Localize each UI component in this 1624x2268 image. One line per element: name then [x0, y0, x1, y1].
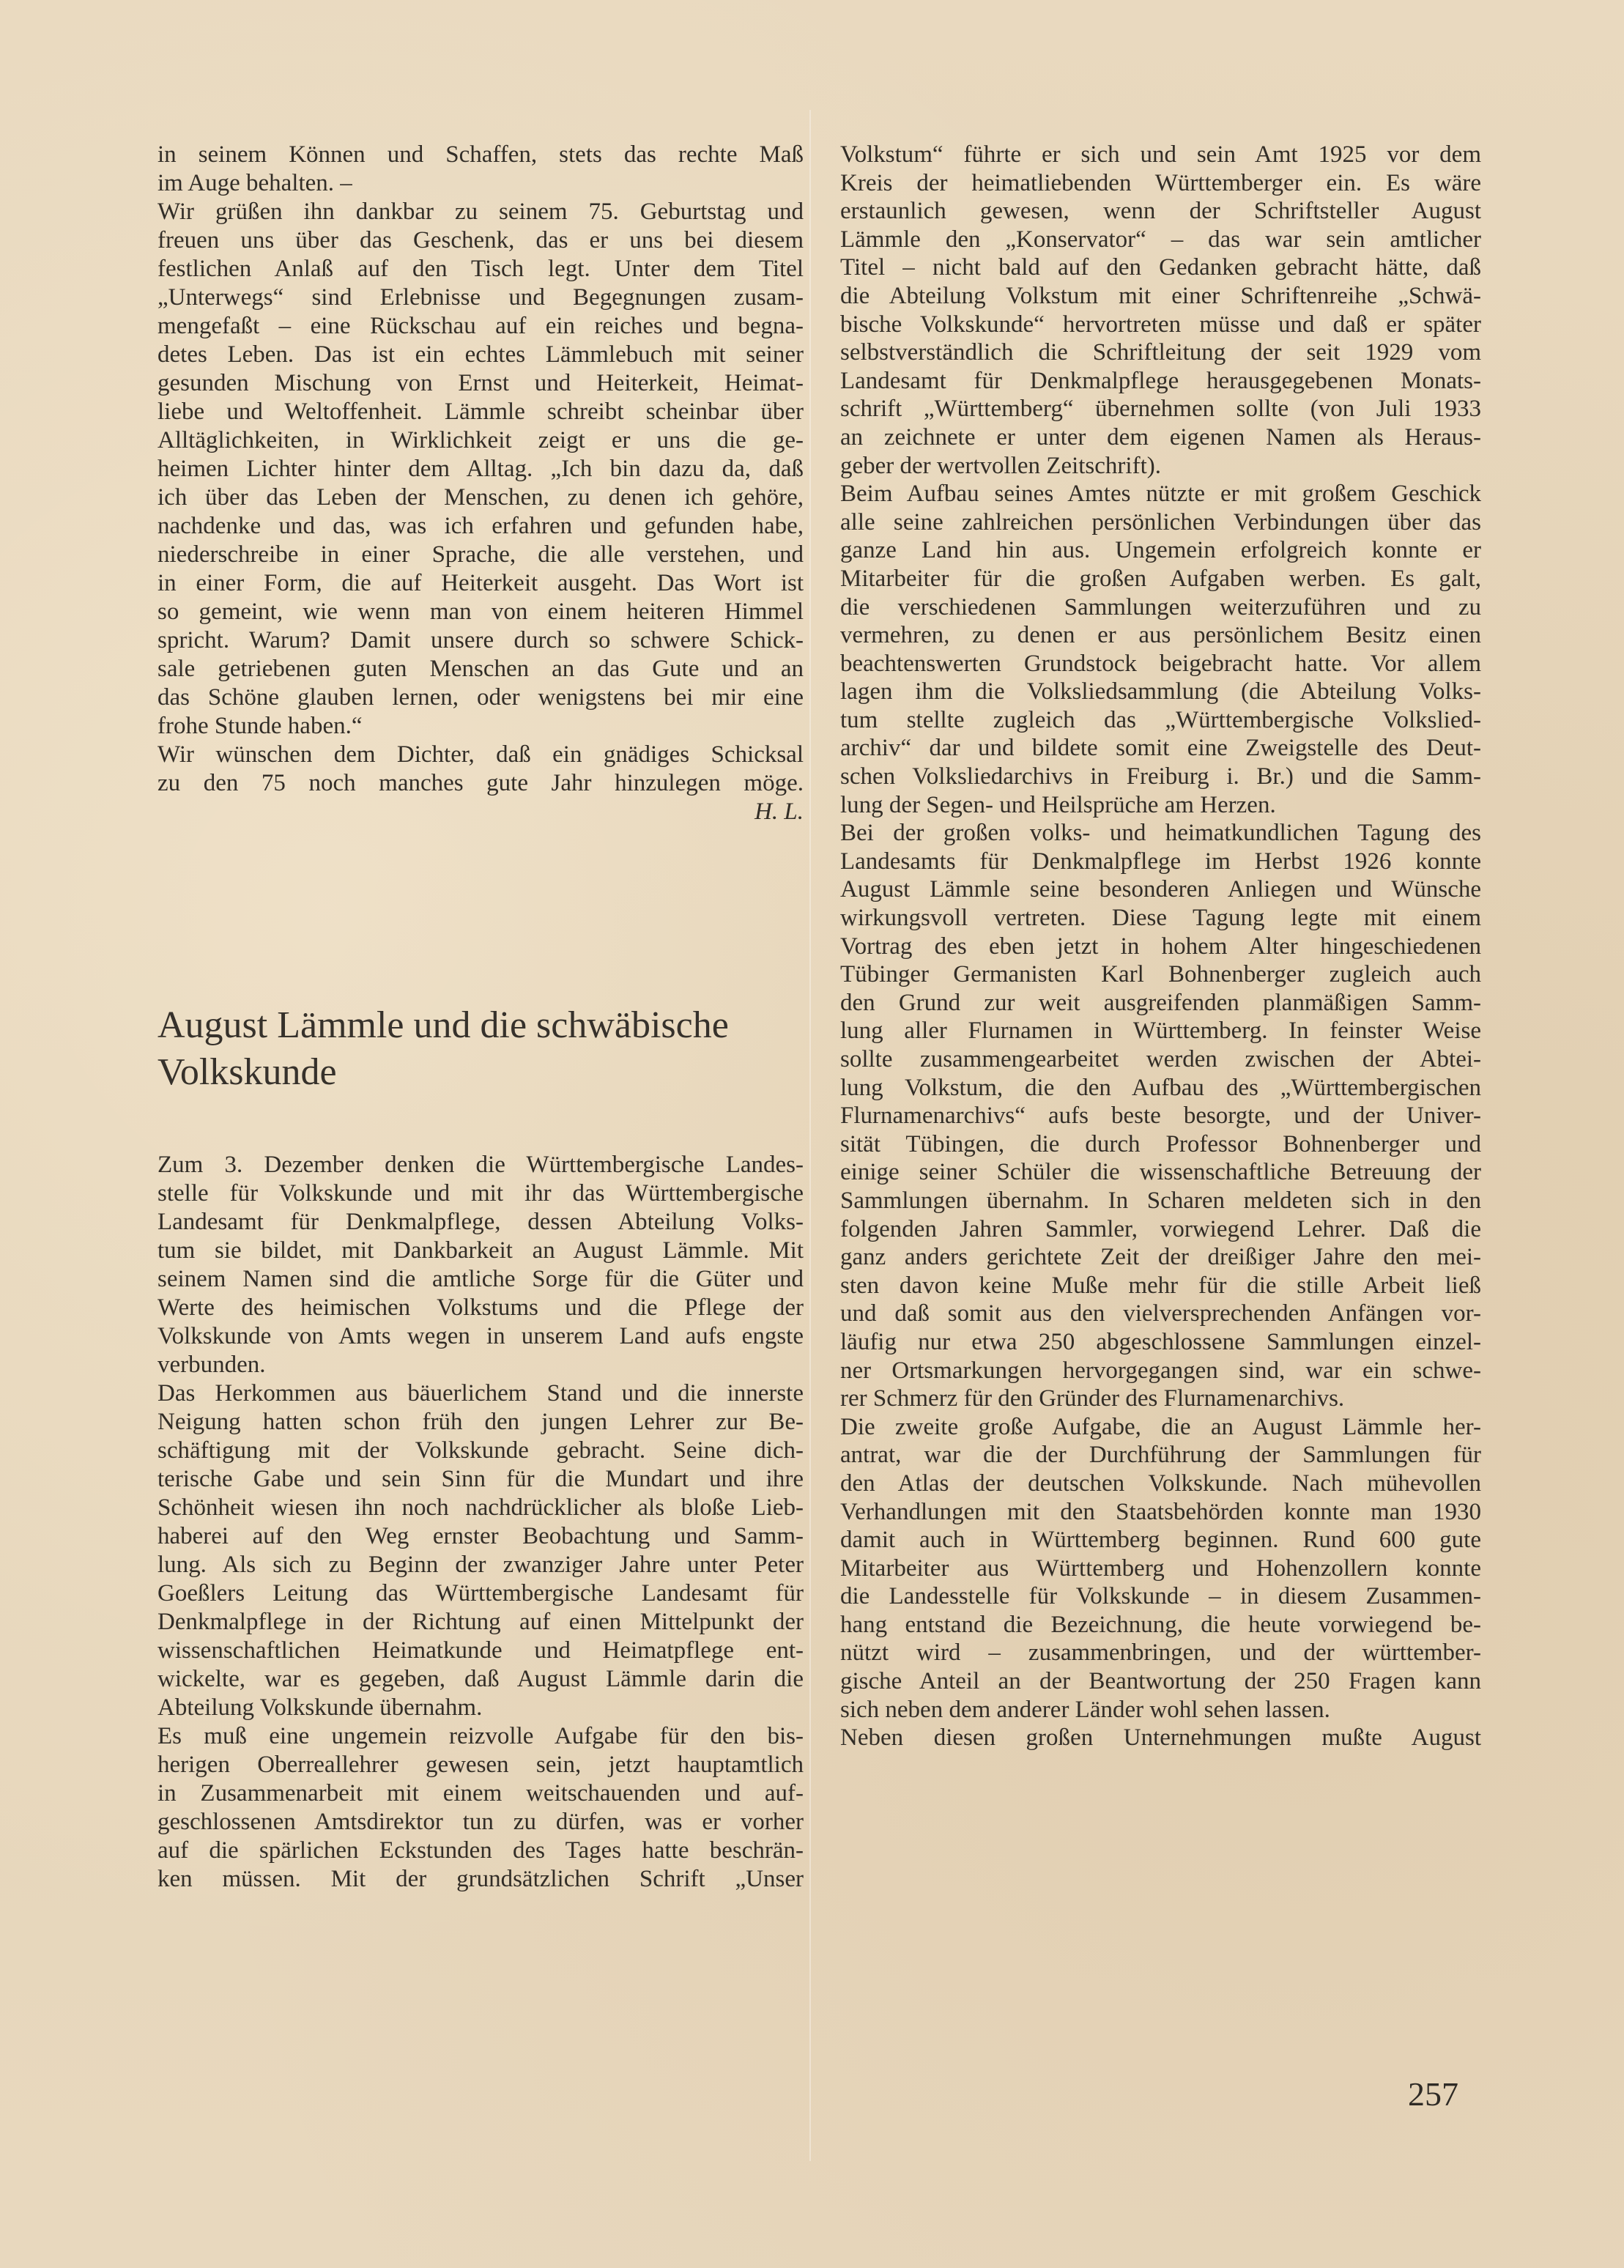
text-line: Neigung hatten schon früh den jungen Leh… [157, 1408, 804, 1437]
text-line: Flurnamenarchivs“ aufs beste besorgte, u… [840, 1102, 1481, 1130]
text-line: in seinem Können und Schaffen, stets das… [157, 141, 804, 169]
text-line: heimen Lichter hinter dem Alltag. „Ich b… [157, 455, 804, 483]
text-line: verbunden. [157, 1351, 804, 1379]
text-line: Volkstum“ führte er sich und sein Amt 19… [840, 141, 1481, 169]
text-line: schen Volksliedarchivs in Freiburg i. Br… [840, 763, 1481, 791]
text-line: lung. Als sich zu Beginn der zwanziger J… [157, 1551, 804, 1579]
text-line: niederschreibe in einer Sprache, die all… [157, 541, 804, 569]
text-line: rer Schmerz für den Gründer des Flurname… [840, 1385, 1481, 1413]
text-line: tum sie bildet, mit Dankbarkeit an Augus… [157, 1237, 804, 1265]
text-line: Mitarbeiter für die großen Aufgaben werb… [840, 565, 1481, 593]
text-line: Denkmalpflege in der Richtung auf einen … [157, 1608, 804, 1637]
text-line: ner Ortsmarkungen hervorgegangen sind, w… [840, 1357, 1481, 1385]
text-line: beachtenswerten Grundstock beigebracht h… [840, 650, 1481, 678]
text-line: Verhandlungen mit den Staatsbehörden kon… [840, 1498, 1481, 1527]
text-line: Volkskunde von Amts wegen in unserem Lan… [157, 1322, 804, 1351]
text-line: gesunden Mischung von Ernst und Heiterke… [157, 369, 804, 398]
text-line: mengefaßt – eine Rückschau auf ein reich… [157, 312, 804, 341]
text-line: wickelte, war es gegeben, daß August Läm… [157, 1665, 804, 1694]
text-line: bische Volkskunde“ hervortreten müsse un… [840, 311, 1481, 339]
text-line: Es muß eine ungemein reizvolle Aufgabe f… [157, 1722, 804, 1751]
text-line: Tübinger Germanisten Karl Bohnenberger z… [840, 960, 1481, 989]
text-line: liebe und Weltoffenheit. Lämmle schreibt… [157, 398, 804, 426]
text-line: ganze Land hin aus. Ungemein erfolgreich… [840, 536, 1481, 565]
text-line: läufig nur etwa 250 abgeschlossene Samml… [840, 1328, 1481, 1357]
text-line: seinem Namen sind die amtliche Sorge für… [157, 1265, 804, 1294]
text-line: lung der Segen- und Heilsprüche am Herze… [840, 791, 1481, 820]
text-line: Titel – nicht bald auf den Gedanken gebr… [840, 253, 1481, 282]
text-line: die Landesstelle für Volkskunde – in die… [840, 1582, 1481, 1611]
text-line: Abteilung Volkskunde übernahm. [157, 1694, 804, 1722]
text-line: wirkungsvoll vertreten. Diese Tagung leg… [840, 904, 1481, 933]
text-line: spricht. Warum? Damit unsere durch so sc… [157, 626, 804, 655]
right-column: Volkstum“ führte er sich und sein Amt 19… [840, 141, 1481, 1752]
text-line: freuen uns über das Geschenk, das er uns… [157, 226, 804, 255]
text-line: Landesamt für Denkmalpflege herausgegebe… [840, 367, 1481, 396]
text-line: ich über das Leben der Menschen, zu dene… [157, 483, 804, 512]
text-line: Schönheit wiesen ihn noch nachdrückliche… [157, 1494, 804, 1522]
text-line: lung Volkstum, die den Aufbau des „Württ… [840, 1074, 1481, 1102]
text-line: Zum 3. Dezember denken die Württembergis… [157, 1151, 804, 1179]
article-title: August Lämmle und die schwäbische Volksk… [157, 1002, 817, 1096]
text-line: Lämmle den „Konservator“ – das war sein … [840, 226, 1481, 254]
text-line: schäftigung mit der Volkskunde gebracht.… [157, 1437, 804, 1465]
text-line: das Schöne glauben lernen, oder wenigste… [157, 683, 804, 712]
left-column-article: Zum 3. Dezember denken die Württembergis… [157, 1151, 804, 1894]
text-line: terische Gabe und sein Sinn für die Mund… [157, 1465, 804, 1494]
text-line: geschlossenen Amtsdirektor tun zu dürfen… [157, 1808, 804, 1837]
text-line: Mitarbeiter aus Württemberg und Hohenzol… [840, 1554, 1481, 1583]
text-line: einige seiner Schüler die wissenschaftli… [840, 1158, 1481, 1187]
text-line: die verschiedenen Sammlungen weiterzufüh… [840, 593, 1481, 622]
text-line: archiv“ dar und bildete somit eine Zweig… [840, 734, 1481, 763]
text-line: Neben diesen großen Unternehmungen mußte… [840, 1724, 1481, 1752]
text-line: Landesamts für Denkmalpflege im Herbst 1… [840, 848, 1481, 876]
text-line: auf die spärlichen Eckstunden des Tages … [157, 1837, 804, 1865]
text-line: selbstverständlich die Schriftleitung de… [840, 338, 1481, 367]
text-line: den Grund zur weit ausgreifenden planmäß… [840, 989, 1481, 1018]
page-fold-line [809, 110, 811, 2161]
text-line: lagen ihm die Volksliedsammlung (die Abt… [840, 678, 1481, 706]
text-line: Alltäglichkeiten, in Wirklichkeit zeigt … [157, 426, 804, 455]
text-line: Wir grüßen ihn dankbar zu seinem 75. Geb… [157, 198, 804, 226]
author-signature: H. L. [157, 798, 804, 826]
text-line: Werte des heimischen Volkstums und die P… [157, 1294, 804, 1322]
text-line: schrift „Württemberg“ übernehmen sollte … [840, 395, 1481, 423]
text-line: in einer Form, die auf Heiterkeit ausgeh… [157, 569, 804, 598]
text-line: geber der wertvollen Zeitschrift). [840, 452, 1481, 481]
text-line: festlichen Anlaß auf den Tisch legt. Unt… [157, 255, 804, 283]
text-line: wissenschaftlichen Heimatkunde und Heima… [157, 1637, 804, 1665]
text-line: sale getriebenen guten Menschen an das G… [157, 655, 804, 683]
text-line: und daß somit aus den vielversprechenden… [840, 1300, 1481, 1328]
left-column-intro: in seinem Können und Schaffen, stets das… [157, 141, 804, 826]
text-line: hang entstand die Bezeichnung, die heute… [840, 1611, 1481, 1639]
text-line: in Zusammenarbeit mit einem weitschauend… [157, 1779, 804, 1808]
article-title-line-1: August Lämmle und die schwäbische [157, 1002, 817, 1049]
text-line: „Unterwegs“ sind Erlebnisse und Begegnun… [157, 283, 804, 312]
text-line: ganz anders gerichtete Zeit der dreißige… [840, 1243, 1481, 1272]
text-line: Die zweite große Aufgabe, die an August … [840, 1413, 1481, 1442]
text-line: den Atlas der deutschen Volkskunde. Nach… [840, 1470, 1481, 1498]
text-line: detes Leben. Das ist ein echtes Lämmlebu… [157, 341, 804, 369]
text-line: sollte zusammengearbeitet werden zwische… [840, 1045, 1481, 1074]
text-line: zu den 75 noch manches gute Jahr hinzule… [157, 769, 804, 798]
text-line: vermehren, zu denen er aus persönlichem … [840, 621, 1481, 650]
text-line: im Auge behalten. – [157, 169, 804, 198]
text-line: sich neben dem anderer Länder wohl sehen… [840, 1696, 1481, 1724]
text-line: stelle für Volkskunde und mit ihr das Wü… [157, 1179, 804, 1208]
text-line: die Abteilung Volkstum mit einer Schrift… [840, 282, 1481, 311]
text-line: herigen Oberreallehrer gewesen sein, jet… [157, 1751, 804, 1779]
text-line: an zeichnete er unter dem eigenen Namen … [840, 423, 1481, 452]
text-line: Landesamt für Denkmalpflege, dessen Abte… [157, 1208, 804, 1237]
text-line: tum stellte zugleich das „Württembergisc… [840, 706, 1481, 735]
text-line: sität Tübingen, die durch Professor Bohn… [840, 1130, 1481, 1159]
text-line: Goeßlers Leitung das Württembergische La… [157, 1579, 804, 1608]
text-line: Sammlungen übernahm. In Scharen meldeten… [840, 1187, 1481, 1215]
text-line: alle seine zahlreichen persönlichen Verb… [840, 508, 1481, 537]
text-line: lung aller Flurnamen in Württemberg. In … [840, 1017, 1481, 1045]
text-line: nützt wird – zusammenbringen, und der wü… [840, 1639, 1481, 1667]
text-line: Wir wünschen dem Dichter, daß ein gnädig… [157, 741, 804, 769]
text-line: Kreis der heimatliebenden Württemberger … [840, 169, 1481, 198]
text-line: Vortrag des eben jetzt in hohem Alter hi… [840, 933, 1481, 961]
text-line: damit auch in Württemberg beginnen. Rund… [840, 1526, 1481, 1554]
text-line: ken müssen. Mit der grundsätzlichen Schr… [157, 1865, 804, 1894]
text-line: erstaunlich gewesen, wenn der Schriftste… [840, 197, 1481, 226]
text-line: August Lämmle seine besonderen Anliegen … [840, 875, 1481, 904]
text-line: nachdenke und das, was ich erfahren und … [157, 512, 804, 541]
text-line: Beim Aufbau seines Amtes nützte er mit g… [840, 480, 1481, 508]
text-line: so gemeint, wie wenn man von einem heite… [157, 598, 804, 626]
text-line: antrat, war die der Durchführung der Sam… [840, 1441, 1481, 1470]
article-title-line-2: Volkskunde [157, 1049, 817, 1096]
text-line: gische Anteil an der Beantwortung der 25… [840, 1667, 1481, 1696]
text-line: sten davon keine Muße mehr für die still… [840, 1272, 1481, 1300]
text-line: Bei der großen volks- und heimatkundlich… [840, 819, 1481, 848]
text-line: folgenden Jahren Sammler, vorwiegend Leh… [840, 1215, 1481, 1244]
text-line: frohe Stunde haben.“ [157, 712, 804, 741]
page-number: 257 [1408, 2075, 1458, 2113]
text-line: Das Herkommen aus bäuerlichem Stand und … [157, 1379, 804, 1408]
text-line: haberei auf den Weg ernster Beobachtung … [157, 1522, 804, 1551]
